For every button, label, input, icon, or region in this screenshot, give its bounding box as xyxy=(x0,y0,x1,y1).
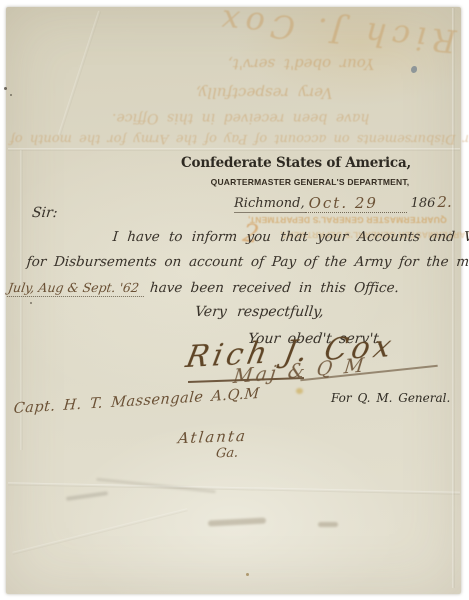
scanned-letter: Rich J. Cox Your obed't serv't, Very res… xyxy=(0,0,469,600)
body-line-3: July, Aug & Sept. '62 have been received… xyxy=(8,277,399,297)
for-qm-general-line: For Q. M. General. xyxy=(331,391,450,405)
address-state: Ga. xyxy=(215,446,239,462)
body-line-2: for Disbursements on account of Pay of t… xyxy=(26,254,469,270)
place-label: Richmond, xyxy=(234,196,305,213)
valediction: Very respectfully, xyxy=(194,304,324,320)
letterhead-department: QUARTERMASTER GENERAL'S DEPARTMENT, xyxy=(211,177,410,187)
printed-year: 186 xyxy=(407,196,436,211)
body-line-1: I have to inform you that your Accounts … xyxy=(112,229,469,245)
address-city: Atlanta xyxy=(177,427,248,447)
salutation: Sir: xyxy=(31,205,58,221)
handwritten-months: July, Aug & Sept. '62 xyxy=(7,280,146,297)
handwritten-date: Oct. 29 xyxy=(305,194,378,212)
date-blank-line: Oct. 29 xyxy=(305,193,407,213)
dateline: Richmond,Oct. 291862. xyxy=(234,192,452,213)
letterhead-org: Confederate States of America, xyxy=(181,155,411,171)
handwritten-year-digit: 2. xyxy=(435,193,451,211)
body-line-3-printed: have been received in this Office. xyxy=(149,280,399,296)
letter-paper xyxy=(6,7,461,594)
